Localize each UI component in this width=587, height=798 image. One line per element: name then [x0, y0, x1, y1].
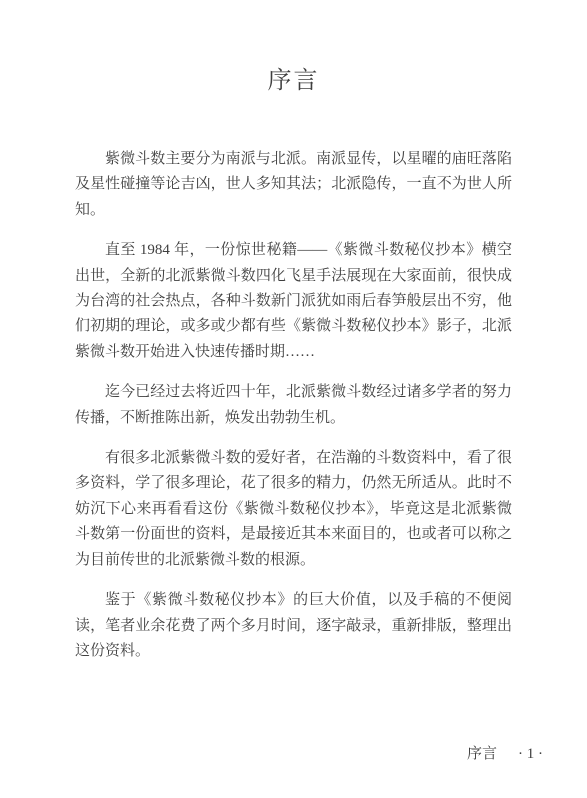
paragraph: 直至 1984 年，一份惊世秘籍——《紫微斗数秘仪抄本》横空出世，全新的北派紫微…	[75, 238, 512, 365]
page-footer: 序言 · 1 ·	[467, 742, 543, 763]
paragraph: 有很多北派紫微斗数的爱好者，在浩瀚的斗数资料中，看了很多资料，学了很多理论，花了…	[75, 446, 512, 573]
paragraph: 迄今已经过去将近四十年，北派紫微斗数经过诸多学者的努力传播，不断推陈出新，焕发出…	[75, 380, 512, 431]
paragraph: 鉴于《紫微斗数秘仪抄本》的巨大价值，以及手稿的不便阅读，笔者业余花费了两个多月时…	[75, 588, 512, 664]
preface-body: 紫微斗数主要分为南派与北派。南派显传，以星曜的庙旺落陷及星性碰撞等论吉凶，世人多…	[75, 147, 512, 664]
paragraph: 紫微斗数主要分为南派与北派。南派显传，以星曜的庙旺落陷及星性碰撞等论吉凶，世人多…	[75, 147, 512, 223]
footer-page-number: · 1 ·	[518, 746, 543, 763]
document-page: 序言 紫微斗数主要分为南派与北派。南派显传，以星曜的庙旺落陷及星性碰撞等论吉凶，…	[0, 0, 587, 798]
footer-section-label: 序言	[467, 742, 497, 763]
page-title: 序言	[0, 66, 587, 97]
